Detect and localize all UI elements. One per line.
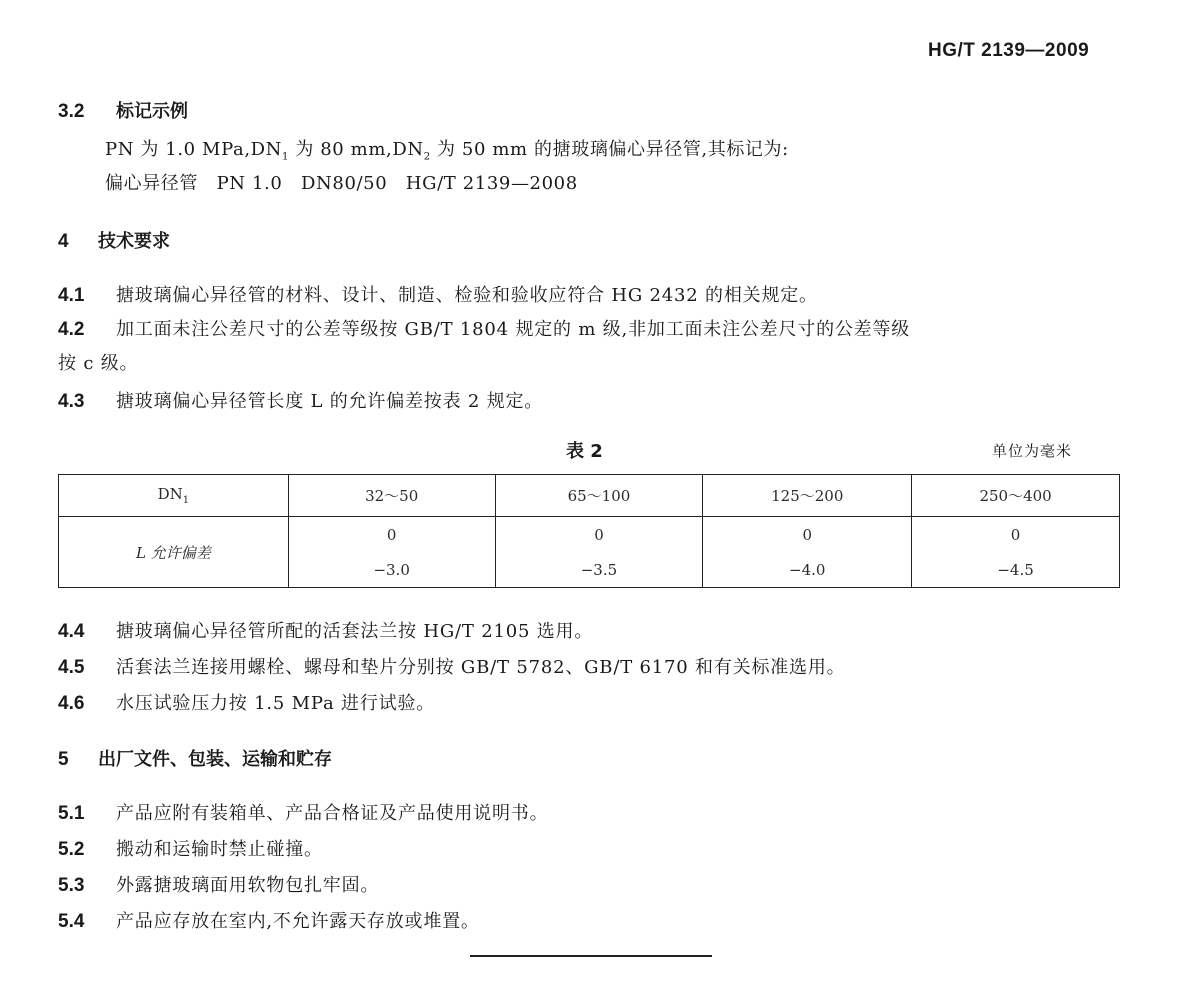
clause-number: 5.1 (58, 802, 116, 826)
clause-text: 搪玻璃偏心异径管长度 L 的允许偏差按表 2 规定。 (116, 391, 543, 412)
clause-text: 产品应附有装箱单、产品合格证及产品使用说明书。 (116, 803, 548, 824)
clause-text: 搬动和运输时禁止碰撞。 (116, 839, 323, 860)
table-unit: 单位为毫米 (992, 440, 1072, 461)
tolerance-cell: 0−3.0 (288, 517, 495, 588)
clause-4-2: 4.2加工面未注公差尺寸的公差等级按 GB/T 1804 规定的 m 级,非加工… (58, 318, 910, 342)
clause-text: 产品应存放在室内,不允许露天存放或堆置。 (116, 911, 480, 932)
tolerance-cell: 0−4.0 (703, 517, 912, 588)
clause-5-4: 5.4产品应存放在室内,不允许露天存放或堆置。 (58, 910, 480, 934)
upper-deviation: 0 (289, 525, 495, 545)
lower-deviation: −4.5 (912, 560, 1119, 580)
lower-deviation: −3.0 (289, 560, 495, 580)
subscript: 1 (282, 152, 289, 163)
clause-number: 4.1 (58, 284, 116, 308)
clause-4-5: 4.5活套法兰连接用螺栓、螺母和垫片分别按 GB/T 5782、GB/T 617… (58, 656, 845, 680)
clause-4-6: 4.6水压试验压力按 1.5 MPa 进行试验。 (58, 692, 435, 716)
clause-number: 4.2 (58, 318, 116, 342)
clause-4-3: 4.3搪玻璃偏心异径管长度 L 的允许偏差按表 2 规定。 (58, 390, 543, 414)
range-cell: 32～50 (288, 475, 495, 517)
section-5-heading: 5出厂文件、包装、运输和贮存 (58, 748, 332, 772)
section-title: 技术要求 (98, 231, 170, 252)
lower-deviation: −4.0 (703, 560, 911, 580)
clause-number: 5.2 (58, 838, 116, 862)
tolerance-cell: 0−3.5 (495, 517, 703, 588)
section-number: 3.2 (58, 100, 116, 124)
clause-number: 4.6 (58, 692, 116, 716)
clause-text: 加工面未注公差尺寸的公差等级按 GB/T 1804 规定的 m 级,非加工面未注… (116, 319, 910, 340)
section-number: 4 (58, 230, 98, 254)
text-fragment: 为 80 mm,DN (289, 139, 424, 160)
subscript: 2 (424, 152, 431, 163)
clause-5-2: 5.2搬动和运输时禁止碰撞。 (58, 838, 323, 862)
clause-5-3: 5.3外露搪玻璃面用软物包扎牢固。 (58, 874, 379, 898)
clause-4-1: 4.1搪玻璃偏心异径管的材料、设计、制造、检验和验收应符合 HG 2432 的相… (58, 284, 818, 308)
subscript: 1 (183, 495, 189, 506)
table-header-row: DN1 32～50 65～100 125～200 250～400 (59, 475, 1120, 517)
clause-text: 活套法兰连接用螺栓、螺母和垫片分别按 GB/T 5782、GB/T 6170 和… (116, 657, 845, 678)
clause-text: 搪玻璃偏心异径管的材料、设计、制造、检验和验收应符合 HG 2432 的相关规定… (116, 285, 818, 306)
text-fragment: 为 50 mm 的搪玻璃偏心异径管,其标记为: (431, 139, 789, 160)
section-number: 5 (58, 748, 98, 772)
tolerance-cell: 0−4.5 (912, 517, 1120, 588)
range-cell: 250～400 (912, 475, 1120, 517)
clause-4-4: 4.4搪玻璃偏心异径管所配的活套法兰按 HG/T 2105 选用。 (58, 620, 593, 644)
section-title: 出厂文件、包装、运输和贮存 (98, 749, 332, 770)
section-title: 标记示例 (116, 101, 188, 122)
clause-4-2-continuation: 按 c 级。 (58, 352, 138, 376)
clause-5-1: 5.1产品应附有装箱单、产品合格证及产品使用说明书。 (58, 802, 548, 826)
marking-example-description: PN 为 1.0 MPa,DN1 为 80 mm,DN2 为 50 mm 的搪玻… (105, 138, 789, 162)
table-row: L 允许偏差 0−3.0 0−3.5 0−4.0 0−4.5 (59, 517, 1120, 588)
clause-text: 外露搪玻璃面用软物包扎牢固。 (116, 875, 379, 896)
clause-number: 4.3 (58, 390, 116, 414)
row-label: L 允许偏差 (136, 544, 211, 562)
tolerance-table: DN1 32～50 65～100 125～200 250～400 L 允许偏差 … (58, 474, 1120, 588)
clause-number: 5.4 (58, 910, 116, 934)
range-cell: 65～100 (495, 475, 703, 517)
section-4-heading: 4技术要求 (58, 230, 170, 254)
text-fragment: PN 为 1.0 MPa,DN (105, 139, 282, 160)
table-title: 表 2 (566, 437, 603, 463)
upper-deviation: 0 (703, 525, 911, 545)
range-cell: 125～200 (703, 475, 912, 517)
section-3-2-heading: 3.2标记示例 (58, 100, 188, 124)
lower-deviation: −3.5 (496, 560, 703, 580)
clause-number: 4.5 (58, 656, 116, 680)
header-label-cell: DN1 (59, 475, 289, 517)
clause-number: 5.3 (58, 874, 116, 898)
row-label-cell: L 允许偏差 (59, 517, 289, 588)
header-label: DN (158, 485, 183, 503)
clause-text: 搪玻璃偏心异径管所配的活套法兰按 HG/T 2105 选用。 (116, 621, 593, 642)
clause-text: 水压试验压力按 1.5 MPa 进行试验。 (116, 693, 435, 714)
standard-code: HG/T 2139—2009 (928, 40, 1089, 62)
clause-number: 4.4 (58, 620, 116, 644)
upper-deviation: 0 (496, 525, 703, 545)
end-rule-divider (470, 955, 712, 957)
marking-example-code: 偏心异径管 PN 1.0 DN80/50 HG/T 2139—2008 (105, 172, 578, 196)
upper-deviation: 0 (912, 525, 1119, 545)
